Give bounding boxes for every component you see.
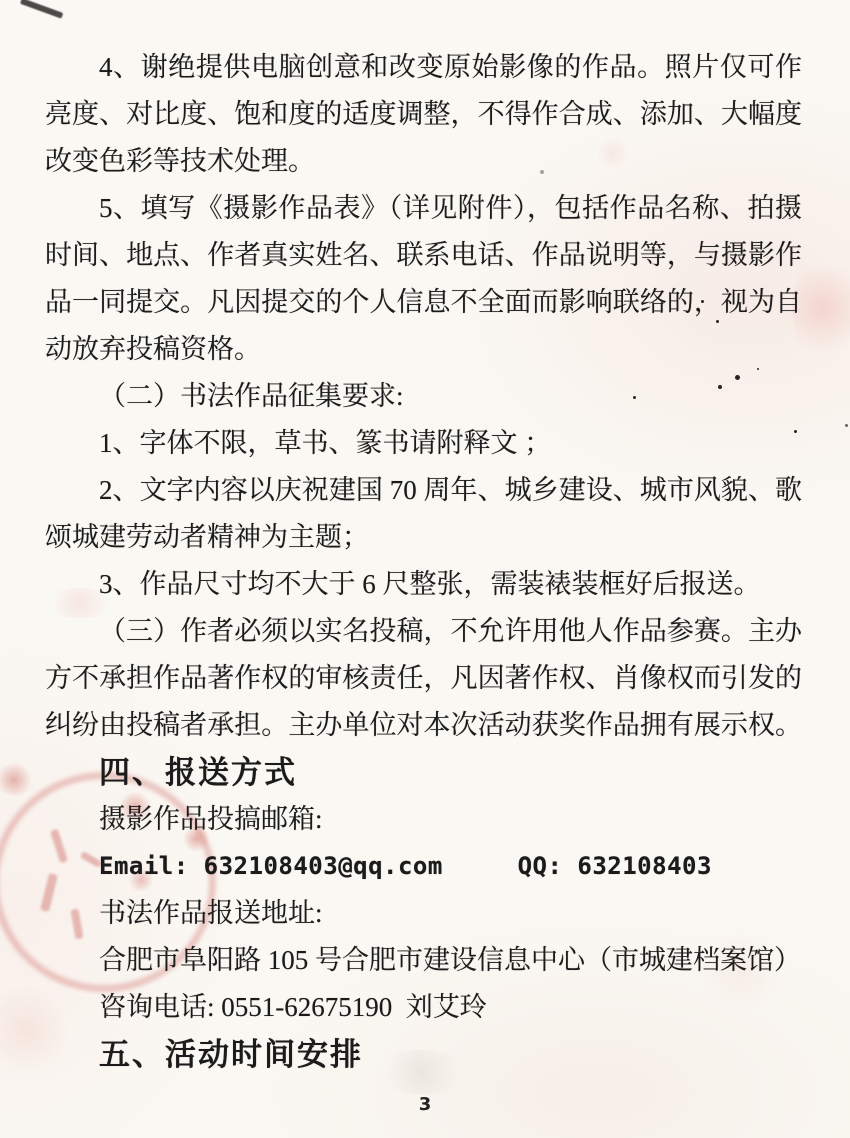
scanned-document-page: 4、谢绝提供电脑创意和改变原始影像的作品。照片仅可作亮度、对比度、饱和度的适度调…: [0, 0, 850, 1138]
text-line-6: 品一同提交。凡因提交的个人信息不全面而影响联络的，视为自: [45, 279, 802, 326]
text-line-18: Email: 632108403@qq.com QQ: 632108403: [45, 843, 802, 890]
text-line-19: 书法作品报送地址:: [45, 890, 802, 937]
text-line-5: 时间、地点、作者真实姓名、联系电话、作品说明等，与摄影作: [45, 232, 802, 279]
text-line-14: 方不承担作品著作权的审核责任，凡因著作权、肖像权而引发的: [45, 655, 802, 702]
text-line-15: 纠纷由投稿者承担。主办单位对本次活动获奖作品拥有展示权。: [45, 702, 802, 749]
text-line-2: 亮度、对比度、饱和度的适度调整，不得作合成、添加、大幅度: [45, 91, 802, 138]
scan-speckle: [845, 424, 848, 427]
text-line-21: 咨询电话: 0551-62675190 刘艾玲: [45, 984, 802, 1031]
stamp-mark: [0, 764, 34, 796]
text-line-4: 5、填写《摄影作品表》（详见附件），包括作品名称、拍摄: [45, 185, 802, 232]
text-line-9: 1、字体不限，草书、篆书请附释文 ；: [45, 420, 802, 467]
text-line-7: 动放弃投稿资格。: [45, 326, 802, 373]
text-line-3: 改变色彩等技术处理。: [45, 138, 802, 185]
text-line-1: 4、谢绝提供电脑创意和改变原始影像的作品。照片仅可作: [45, 44, 802, 91]
document-text-block: 4、谢绝提供电脑创意和改变原始影像的作品。照片仅可作亮度、对比度、饱和度的适度调…: [45, 0, 802, 1138]
text-line-8: （二）书法作品征集要求:: [45, 373, 802, 420]
text-line-11: 颂城建劳动者精神为主题；: [45, 514, 802, 561]
text-line-20: 合肥市阜阳路 105 号合肥市建设信息中心（市城建档案馆）: [45, 937, 802, 984]
text-line-17: 摄影作品投搞邮箱:: [45, 796, 802, 843]
page-number: 3: [0, 1094, 850, 1115]
text-line-12: 3、作品尺寸均不大于 6 尺整张，需装裱装框好后报送。: [45, 561, 802, 608]
text-line-16: 四、报送方式: [45, 749, 802, 796]
text-line-10: 2、文字内容以庆祝建国 70 周年、城乡建设、城市风貌、歌: [45, 467, 802, 514]
text-line-13: （三）作者必须以实名投稿，不允许用他人作品参赛。主办: [45, 608, 802, 655]
text-line-22: 五、活动时间安排: [45, 1031, 802, 1078]
